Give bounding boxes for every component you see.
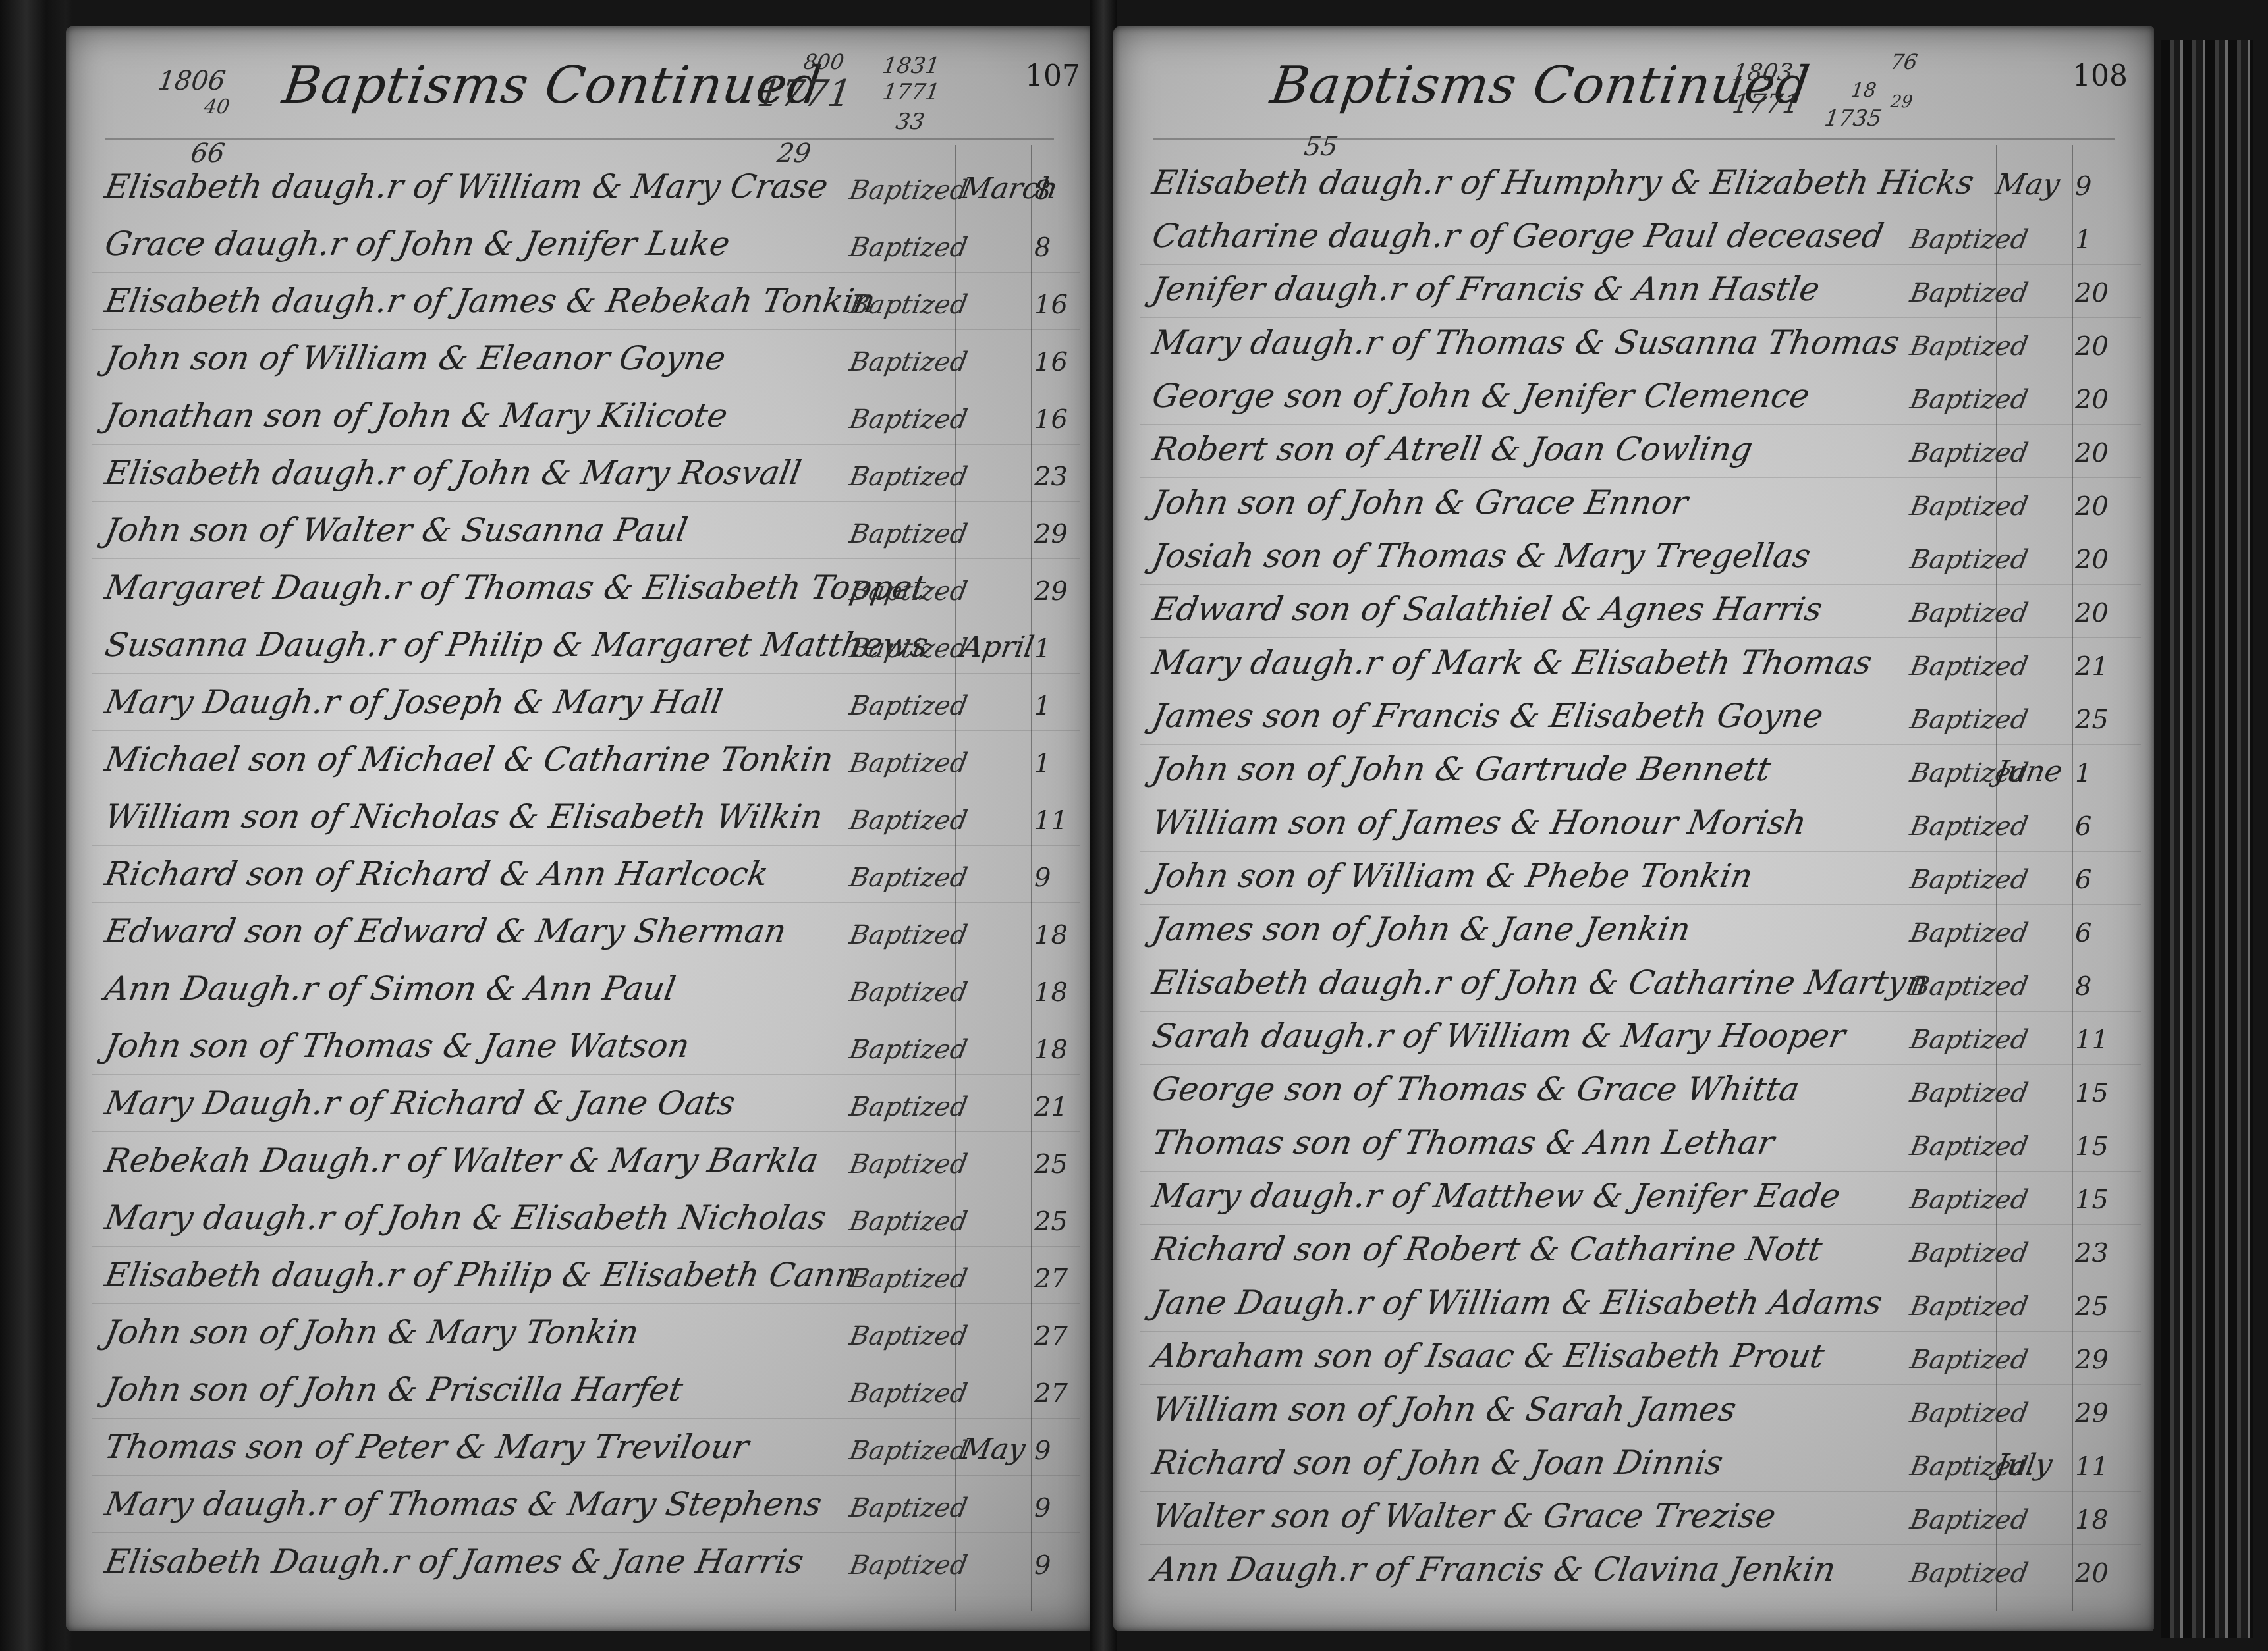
entry-day: 16 <box>1034 404 1068 435</box>
left-page: 1806 40 66 Baptisms Continued 1771 800 1… <box>66 26 1093 1631</box>
register-entry: Margaret Daugh.r of Thomas & Elisabeth T… <box>92 559 1080 616</box>
entry-text: William son of Nicholas & Elisabeth Wilk… <box>102 798 826 836</box>
entry-day: 15 <box>2075 1185 2109 1215</box>
entry-day: 8 <box>1034 232 1051 263</box>
entry-day: 20 <box>2075 491 2109 522</box>
entry-day: 29 <box>2075 1345 2109 1375</box>
entry-status: Baptized <box>1908 545 2030 575</box>
entry-status: Baptized <box>847 748 970 778</box>
entry-month: July <box>1993 1448 2055 1482</box>
entry-status: Baptized <box>1908 651 2030 682</box>
entry-day: 1 <box>2075 225 2091 255</box>
entry-status: Baptized <box>1908 971 2030 1002</box>
entry-text: Mary daugh.r of Thomas & Susanna Thomas <box>1149 323 1902 362</box>
register-entry: John son of Thomas & Jane Watson Baptize… <box>92 1017 1080 1075</box>
entry-status: Baptized <box>1908 331 2030 362</box>
entry-status: Baptized <box>847 1493 970 1523</box>
entry-status: Baptized <box>847 691 970 721</box>
register-entry: James son of Francis & Elisabeth Goyne B… <box>1140 691 2141 745</box>
left-page-header: 1806 40 66 Baptisms Continued 1771 800 1… <box>105 26 1054 140</box>
entry-status: Baptized <box>1908 918 2030 948</box>
entry-day: 25 <box>2075 1291 2109 1322</box>
entry-day: 9 <box>1034 1436 1051 1466</box>
register-entry: Michael son of Michael & Catharine Tonki… <box>92 731 1080 788</box>
register-entry: John son of John & Mary Tonkin Baptized … <box>92 1304 1080 1361</box>
entry-text: Mary Daugh.r of Richard & Jane Oats <box>102 1084 738 1122</box>
entry-text: Mary daugh.r of Mark & Elisabeth Thomas <box>1149 643 1875 682</box>
book-gutter <box>1090 0 1117 1651</box>
entry-text: James son of John & Jane Jenkin <box>1149 910 1694 948</box>
entry-day: 6 <box>2075 865 2091 895</box>
entry-day: 25 <box>1034 1149 1068 1179</box>
entry-list: Elisabeth daugh.r of Humphry & Elizabeth… <box>1140 158 2141 1611</box>
entry-day: 1 <box>1034 691 1051 721</box>
entry-day: 18 <box>1034 1035 1068 1065</box>
entry-text: Richard son of Robert & Catharine Nott <box>1149 1230 1825 1268</box>
entry-text: Robert son of Atrell & Joan Cowling <box>1149 430 1756 468</box>
entry-day: 27 <box>1034 1321 1068 1351</box>
top-note: 1735 <box>1823 105 1883 132</box>
entry-status: Baptized <box>1908 811 2030 842</box>
register-entry: John son of John & Grace Ennor Baptized … <box>1140 478 2141 531</box>
register-entry: John son of Walter & Susanna Paul Baptiz… <box>92 502 1080 559</box>
entry-text: William son of John & Sarah James <box>1149 1390 1739 1428</box>
entry-status: Baptized <box>1908 1291 2030 1322</box>
register-entry: Mary daugh.r of Thomas & Susanna Thomas … <box>1140 318 2141 371</box>
entry-status: Baptized <box>847 1092 970 1122</box>
entry-day: 11 <box>2075 1025 2109 1055</box>
entry-day: 15 <box>2075 1131 2109 1162</box>
entry-status: Baptized <box>847 920 970 950</box>
entry-status: Baptized <box>847 805 970 836</box>
entry-status: Baptized <box>847 1378 970 1409</box>
entry-day: 20 <box>2075 278 2109 308</box>
entry-day: 16 <box>1034 347 1068 377</box>
entry-day: 6 <box>2075 918 2091 948</box>
entry-status: Baptized <box>847 404 970 435</box>
entry-day: 21 <box>2075 651 2109 682</box>
entry-status: Baptized <box>847 1264 970 1294</box>
entry-day: 1 <box>2075 758 2091 788</box>
entry-day: 29 <box>1034 576 1068 607</box>
entry-text: Thomas son of Thomas & Ann Lethar <box>1149 1123 1777 1162</box>
entry-day: 16 <box>1034 290 1068 320</box>
entry-status: Baptized <box>1908 598 2030 628</box>
entry-day: 11 <box>1034 805 1068 836</box>
register-entry: Ann Daugh.r of Francis & Clavina Jenkin … <box>1140 1545 2141 1598</box>
top-note: 18 <box>1850 79 1878 102</box>
entry-day: 29 <box>2075 1398 2109 1428</box>
entry-text: Jenifer daugh.r of Francis & Ann Hastle <box>1149 270 1823 308</box>
register-entry: Jenifer daugh.r of Francis & Ann Hastle … <box>1140 265 2141 318</box>
register-entry: William son of John & Sarah James Baptiz… <box>1140 1385 2141 1438</box>
register-entry: Mary daugh.r of Matthew & Jenifer Eade B… <box>1140 1172 2141 1225</box>
entry-text: John son of John & Mary Tonkin <box>102 1313 642 1351</box>
entry-status: Baptized <box>847 519 970 549</box>
entry-text: Richard son of John & Joan Dinnis <box>1149 1444 1726 1482</box>
register-entry: Jonathan son of John & Mary Kilicote Bap… <box>92 387 1080 445</box>
register-entry: John son of John & Gartrude Bennett Bapt… <box>1140 745 2141 798</box>
entry-status: Baptized <box>1908 1398 2030 1428</box>
register-entry: George son of Thomas & Grace Whitta Bapt… <box>1140 1065 2141 1118</box>
register-entry: William son of James & Honour Morish Bap… <box>1140 798 2141 852</box>
page-title: Baptisms Continued <box>279 56 825 115</box>
register-entry: Mary daugh.r of Mark & Elisabeth Thomas … <box>1140 638 2141 691</box>
register-entry: Elisabeth daugh.r of Philip & Elisabeth … <box>92 1247 1080 1304</box>
register-entry: Josiah son of Thomas & Mary Tregellas Ba… <box>1140 531 2141 585</box>
entry-status: Baptized <box>847 232 970 263</box>
register-entry: Mary Daugh.r of Richard & Jane Oats Bapt… <box>92 1075 1080 1132</box>
entry-month: June <box>1993 755 2065 788</box>
entry-day: 21 <box>1034 1092 1068 1122</box>
entry-text: Grace daugh.r of John & Jenifer Luke <box>102 225 733 263</box>
entry-text: Abraham son of Isaac & Elisabeth Prout <box>1149 1337 1827 1375</box>
entry-text: John son of William & Phebe Tonkin <box>1149 857 1756 895</box>
register-entry: Sarah daugh.r of William & Mary Hooper B… <box>1140 1012 2141 1065</box>
entry-day: 9 <box>2075 171 2091 202</box>
entry-status: Baptized <box>1908 1505 2030 1535</box>
register-entry: William son of Nicholas & Elisabeth Wilk… <box>92 788 1080 846</box>
register-entry: Jane Daugh.r of William & Elisabeth Adam… <box>1140 1278 2141 1332</box>
entry-day: 9 <box>1034 1493 1051 1523</box>
entry-status: Baptized <box>847 863 970 893</box>
entry-status: Baptized <box>847 347 970 377</box>
register-entry: Elisabeth daugh.r of Humphry & Elizabeth… <box>1140 158 2141 211</box>
entry-status: Baptized <box>847 290 970 320</box>
entry-text: Sarah daugh.r of William & Mary Hooper <box>1149 1017 1848 1055</box>
entry-text: Elisabeth daugh.r of Humphry & Elizabeth… <box>1149 163 1977 202</box>
entry-status: Baptized <box>1908 705 2030 735</box>
entry-day: 18 <box>1034 920 1068 950</box>
entry-text: Mary daugh.r of Thomas & Mary Stephens <box>102 1485 825 1523</box>
register-entry: Edward son of Edward & Mary Sherman Bapt… <box>92 903 1080 960</box>
entry-status: Baptized <box>847 1206 970 1237</box>
entry-day: 9 <box>1034 863 1051 893</box>
register-entry: Elisabeth daugh.r of James & Rebekah Ton… <box>92 273 1080 330</box>
entry-text: Jane Daugh.r of William & Elisabeth Adam… <box>1149 1284 1885 1322</box>
top-note: 1831 <box>881 53 941 79</box>
register-entry: Richard son of John & Joan Dinnis Baptiz… <box>1140 1438 2141 1492</box>
entry-text: John son of John & Gartrude Bennett <box>1149 750 1774 788</box>
entry-text: Elisabeth Daugh.r of James & Jane Harris <box>102 1542 807 1581</box>
entry-day: 20 <box>2075 598 2109 628</box>
register-entry: George son of John & Jenifer Clemence Ba… <box>1140 371 2141 425</box>
top-note: 1771 <box>881 79 941 105</box>
top-note: 33 <box>894 109 926 135</box>
register-entry: Thomas son of Thomas & Ann Lethar Baptiz… <box>1140 1118 2141 1172</box>
entry-status: Baptized <box>847 634 970 664</box>
entry-day: 29 <box>1034 519 1068 549</box>
entry-status: Baptized <box>847 576 970 607</box>
register-entry: Susanna Daugh.r of Philip & Margaret Mat… <box>92 616 1080 674</box>
corner-note-count: 40 <box>203 95 231 119</box>
entry-text: Richard son of Richard & Ann Harlcock <box>102 855 771 893</box>
entry-status: Baptized <box>1908 1238 2030 1268</box>
register-entry: James son of John & Jane Jenkin Baptized… <box>1140 905 2141 958</box>
register-entry: Elisabeth daugh.r of William & Mary Cras… <box>92 158 1080 215</box>
register-entry: Edward son of Salathiel & Agnes Harris B… <box>1140 585 2141 638</box>
register-entry: Mary Daugh.r of Joseph & Mary Hall Bapti… <box>92 674 1080 731</box>
entry-text: James son of Francis & Elisabeth Goyne <box>1149 697 1826 735</box>
entry-status: Baptized <box>1908 1185 2030 1215</box>
entry-status: Baptized <box>1908 1078 2030 1108</box>
entry-day: 20 <box>2075 1558 2109 1588</box>
page-number: 107 <box>1025 59 1080 93</box>
right-page-header: Baptisms Continued 1803 1771 18 1735 76 … <box>1153 26 2115 140</box>
register-entry: Ann Daugh.r of Simon & Ann Paul Baptized… <box>92 960 1080 1017</box>
entry-day: 1 <box>1034 748 1051 778</box>
register-entry: Elisabeth Daugh.r of James & Jane Harris… <box>92 1533 1080 1590</box>
entry-text: John son of John & Priscilla Harfet <box>102 1370 686 1409</box>
page-number: 108 <box>2072 59 2128 93</box>
entry-text: Michael son of Michael & Catharine Tonki… <box>102 740 836 778</box>
entry-text: Mary Daugh.r of Joseph & Mary Hall <box>102 683 725 721</box>
entry-status: Baptized <box>847 1436 970 1466</box>
entry-day: 1 <box>1034 634 1051 664</box>
entry-status: Baptized <box>847 1035 970 1065</box>
register-entry: Mary daugh.r of John & Elisabeth Nichola… <box>92 1189 1080 1247</box>
entry-day: 8 <box>2075 971 2091 1002</box>
entry-day: 18 <box>2075 1505 2109 1535</box>
entry-text: Mary daugh.r of Matthew & Jenifer Eade <box>1149 1177 1843 1215</box>
entry-text: Elisabeth daugh.r of James & Rebekah Ton… <box>102 282 878 320</box>
entry-status: Baptized <box>1908 1345 2030 1375</box>
register-entry: Thomas son of Peter & Mary Trevilour Bap… <box>92 1419 1080 1476</box>
register-entry: Catharine daugh.r of George Paul decease… <box>1140 211 2141 265</box>
entry-text: John son of Walter & Susanna Paul <box>102 511 690 549</box>
entry-day: 20 <box>2075 331 2109 362</box>
entry-text: William son of James & Honour Morish <box>1149 803 1810 842</box>
entry-text: Elisabeth daugh.r of William & Mary Cras… <box>102 167 831 205</box>
register-entry: Rebekah Daugh.r of Walter & Mary Barkla … <box>92 1132 1080 1189</box>
register-entry: Richard son of Robert & Catharine Nott B… <box>1140 1225 2141 1278</box>
register-entry: Robert son of Atrell & Joan Cowling Bapt… <box>1140 425 2141 478</box>
entry-status: Baptized <box>1908 438 2030 468</box>
entry-day: 25 <box>1034 1206 1068 1237</box>
entry-text: John son of John & Grace Ennor <box>1149 483 1691 522</box>
entry-status: Baptized <box>1908 225 2030 255</box>
entry-day: 27 <box>1034 1378 1068 1409</box>
entry-text: Ann Daugh.r of Simon & Ann Paul <box>102 969 678 1008</box>
page-edges <box>2161 40 2253 1638</box>
entry-text: Jonathan son of John & Mary Kilicote <box>102 396 731 435</box>
entry-text: Elisabeth daugh.r of John & Mary Rosvall <box>102 454 804 492</box>
entry-month: May <box>959 1432 1028 1466</box>
entry-status: Baptized <box>1908 278 2030 308</box>
entry-day: 20 <box>2075 545 2109 575</box>
entry-text: Edward son of Salathiel & Agnes Harris <box>1149 590 1825 628</box>
register-entry: Walter son of Walter & Grace Trezise Bap… <box>1140 1492 2141 1545</box>
entry-status: Baptized <box>1908 385 2030 415</box>
register-entry: John son of William & Eleanor Goyne Bapt… <box>92 330 1080 387</box>
entry-status: Baptized <box>1908 865 2030 895</box>
entry-status: Baptized <box>847 175 970 205</box>
entry-status: Baptized <box>847 977 970 1008</box>
entry-status: Baptized <box>847 462 970 492</box>
register-entry: Elisabeth daugh.r of John & Mary Rosvall… <box>92 445 1080 502</box>
entry-status: Baptized <box>847 1550 970 1581</box>
entry-status: Baptized <box>1908 1558 2030 1588</box>
register-entry: Mary daugh.r of Thomas & Mary Stephens B… <box>92 1476 1080 1533</box>
top-note: 76 <box>1889 49 1919 74</box>
register-entry: Abraham son of Isaac & Elisabeth Prout B… <box>1140 1332 2141 1385</box>
entry-text: Walter son of Walter & Grace Trezise <box>1149 1497 1779 1535</box>
entry-text: Susanna Daugh.r of Philip & Margaret Mat… <box>102 626 931 664</box>
entry-day: 20 <box>2075 385 2109 415</box>
entry-text: Rebekah Daugh.r of Walter & Mary Barkla <box>102 1141 821 1179</box>
entry-day: 23 <box>2075 1238 2109 1268</box>
entry-day: 6 <box>2075 811 2091 842</box>
entry-text: Elisabeth daugh.r of Philip & Elisabeth … <box>102 1256 860 1294</box>
entry-day: 9 <box>1034 1550 1051 1581</box>
entry-day: 18 <box>1034 977 1068 1008</box>
entry-status: Baptized <box>1908 1025 2030 1055</box>
register-entry: John son of John & Priscilla Harfet Bapt… <box>92 1361 1080 1419</box>
top-note: 800 <box>802 49 845 74</box>
entry-day: 8 <box>1034 175 1051 205</box>
entry-month: April <box>959 630 1037 664</box>
entry-status: Baptized <box>847 1321 970 1351</box>
entry-text: John son of William & Eleanor Goyne <box>102 339 729 377</box>
entry-text: Elisabeth daugh.r of John & Catharine Ma… <box>1149 963 1931 1002</box>
right-page: Baptisms Continued 1803 1771 18 1735 76 … <box>1113 26 2154 1631</box>
register-entry: Elisabeth daugh.r of John & Catharine Ma… <box>1140 958 2141 1012</box>
entry-text: Thomas son of Peter & Mary Trevilour <box>102 1428 752 1466</box>
top-note: 29 <box>1889 92 1914 112</box>
entry-text: Catharine daugh.r of George Paul decease… <box>1149 217 1887 255</box>
entry-text: Margaret Daugh.r of Thomas & Elisabeth T… <box>102 568 929 607</box>
entry-status: Baptized <box>1908 1131 2030 1162</box>
entry-text: George son of John & Jenifer Clemence <box>1149 377 1813 415</box>
entry-text: Ann Daugh.r of Francis & Clavina Jenkin <box>1149 1550 1839 1588</box>
entry-text: Josiah son of Thomas & Mary Tregellas <box>1149 537 1813 575</box>
entry-day: 15 <box>2075 1078 2109 1108</box>
entry-text: John son of Thomas & Jane Watson <box>102 1027 692 1065</box>
register-entry: Richard son of Richard & Ann Harlcock Ba… <box>92 846 1080 903</box>
entry-text: George son of Thomas & Grace Whitta <box>1149 1070 1802 1108</box>
register-entry: Grace daugh.r of John & Jenifer Luke Bap… <box>92 215 1080 273</box>
entry-day: 27 <box>1034 1264 1068 1294</box>
top-note: 1803 <box>1730 59 1794 86</box>
entry-day: 20 <box>2075 438 2109 468</box>
title-year: 1771 <box>754 72 854 115</box>
entry-text: Mary daugh.r of John & Elisabeth Nichola… <box>102 1199 829 1237</box>
entry-day: 11 <box>2075 1451 2109 1482</box>
title-year: 1771 <box>1730 89 1802 119</box>
entry-status: Baptized <box>847 1149 970 1179</box>
entry-status: Baptized <box>1908 491 2030 522</box>
entry-list: Elisabeth daugh.r of William & Mary Cras… <box>92 158 1080 1611</box>
entry-day: 25 <box>2075 705 2109 735</box>
entry-day: 23 <box>1034 462 1068 492</box>
entry-month: May <box>1993 168 2062 202</box>
entry-text: Edward son of Edward & Mary Sherman <box>102 912 789 950</box>
register-entry: John son of William & Phebe Tonkin Bapti… <box>1140 852 2141 905</box>
corner-note-year: 1806 <box>156 66 227 96</box>
